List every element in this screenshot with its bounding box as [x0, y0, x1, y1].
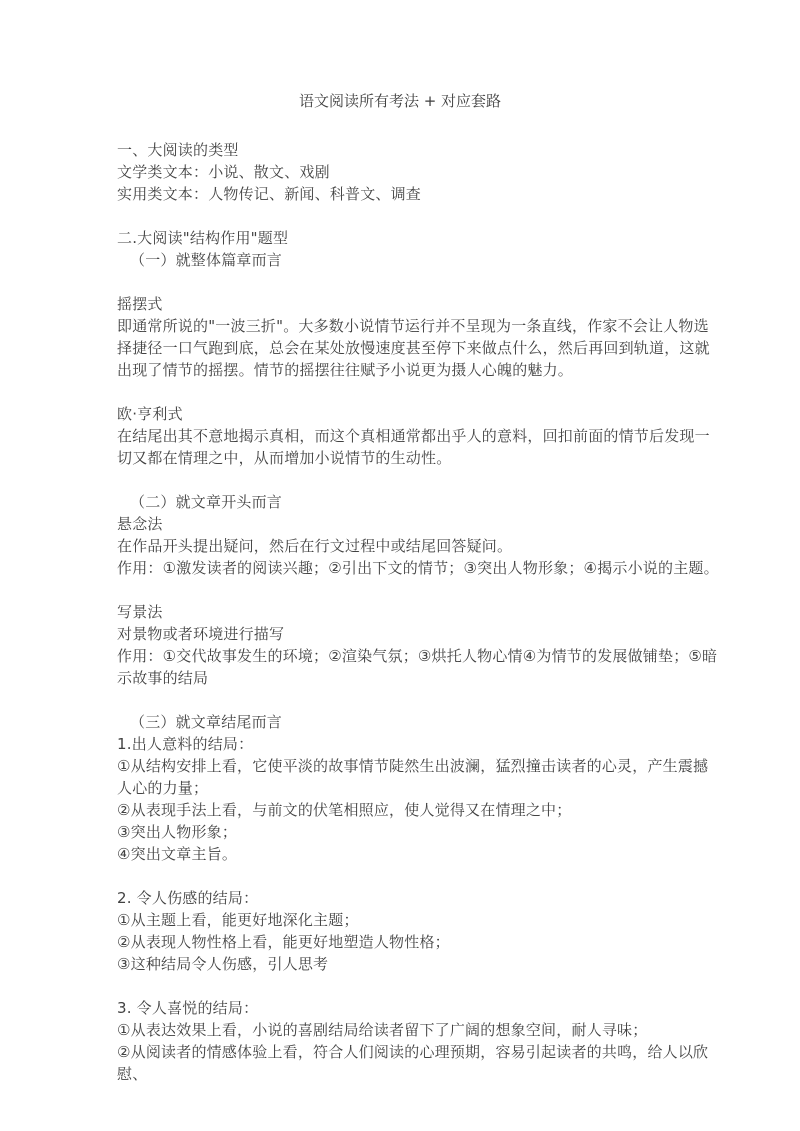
text-block: 2. 令人伤感的结局：①从主题上看，能更好地深化主题；②从表现人物性格上看，能更…	[117, 887, 722, 975]
text-line: 2. 令人伤感的结局：	[117, 887, 722, 909]
text-block: 一、大阅读的类型文学类文本：小说、散文、戏剧实用类文本：人物传记、新闻、科普文、…	[117, 139, 722, 205]
text-line: 悬念法	[117, 513, 722, 535]
text-line: 作用：①交代故事发生的环境；②渲染气氛；③烘托人物心情④为情节的发展做铺垫；⑤暗…	[117, 645, 722, 689]
document-body: 一、大阅读的类型文学类文本：小说、散文、戏剧实用类文本：人物传记、新闻、科普文、…	[0, 139, 800, 1085]
text-line: ①从表达效果上看，小说的喜剧结局给读者留下了广阔的想象空间，耐人寻味；	[117, 1019, 722, 1041]
text-block: 欧·亨利式在结尾出其不意地揭示真相，而这个真相通常都出乎人的意料，回扣前面的情节…	[117, 403, 722, 469]
text-line: ③这种结局令人伤感，引人思考	[117, 953, 722, 975]
text-line: 文学类文本：小说、散文、戏剧	[117, 161, 722, 183]
text-line: 3. 令人喜悦的结局：	[117, 997, 722, 1019]
text-line: （二）就文章开头而言	[117, 491, 722, 513]
text-line: 即通常所说的"一波三折"。大多数小说情节运行并不呈现为一条直线，作家不会让人物选…	[117, 315, 722, 381]
text-line: （一）就整体篇章而言	[117, 249, 722, 271]
text-block: （二）就文章开头而言悬念法在作品开头提出疑问，然后在行文过程中或结尾回答疑问。作…	[117, 491, 722, 579]
text-block: 写景法对景物或者环境进行描写作用：①交代故事发生的环境；②渲染气氛；③烘托人物心…	[117, 601, 722, 689]
text-block: 3. 令人喜悦的结局：①从表达效果上看，小说的喜剧结局给读者留下了广阔的想象空间…	[117, 997, 722, 1085]
text-block: 二.大阅读"结构作用"题型（一）就整体篇章而言	[117, 227, 722, 271]
text-line: 实用类文本：人物传记、新闻、科普文、调查	[117, 183, 722, 205]
text-line: 对景物或者环境进行描写	[117, 623, 722, 645]
text-line: ①从主题上看，能更好地深化主题；	[117, 909, 722, 931]
text-line: 1.出人意料的结局：	[117, 733, 722, 755]
text-line: ③突出人物形象；	[117, 821, 722, 843]
text-line: 作用：①激发读者的阅读兴趣；②引出下文的情节；③突出人物形象；④揭示小说的主题。	[117, 557, 722, 579]
text-line: ②从表现人物性格上看，能更好地塑造人物性格；	[117, 931, 722, 953]
text-line: 欧·亨利式	[117, 403, 722, 425]
text-line: ②从阅读者的情感体验上看，符合人们阅读的心理预期，容易引起读者的共鸣，给人以欣慰…	[117, 1041, 722, 1085]
document-title: 语文阅读所有考法 + 对应套路	[0, 90, 800, 112]
text-line: ④突出文章主旨。	[117, 843, 722, 865]
text-line: 二.大阅读"结构作用"题型	[117, 227, 722, 249]
text-line: 摇摆式	[117, 293, 722, 315]
text-line: ②从表现手法上看，与前文的伏笔相照应，使人觉得又在情理之中；	[117, 799, 722, 821]
text-block: 摇摆式即通常所说的"一波三折"。大多数小说情节运行并不呈现为一条直线，作家不会让…	[117, 293, 722, 381]
text-line: （三）就文章结尾而言	[117, 711, 722, 733]
text-line: 写景法	[117, 601, 722, 623]
document-page: 语文阅读所有考法 + 对应套路 一、大阅读的类型文学类文本：小说、散文、戏剧实用…	[0, 0, 800, 1131]
text-block: （三）就文章结尾而言1.出人意料的结局：①从结构安排上看，它使平淡的故事情节陡然…	[117, 711, 722, 865]
text-line: 一、大阅读的类型	[117, 139, 722, 161]
text-line: ①从结构安排上看，它使平淡的故事情节陡然生出波澜，猛烈撞击读者的心灵，产生震撼人…	[117, 755, 722, 799]
text-line: 在作品开头提出疑问，然后在行文过程中或结尾回答疑问。	[117, 535, 722, 557]
text-line: 在结尾出其不意地揭示真相，而这个真相通常都出乎人的意料，回扣前面的情节后发现一切…	[117, 425, 722, 469]
